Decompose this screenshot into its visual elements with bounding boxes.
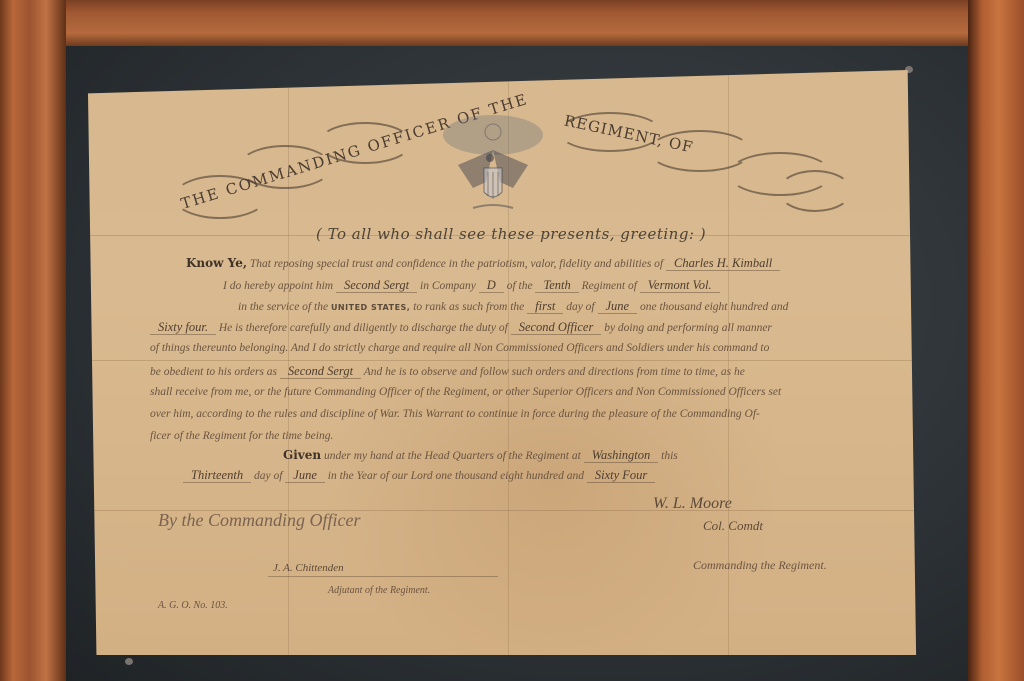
place-field: Washington [584,448,659,463]
rank-field: Second Sergt [336,278,417,293]
body-line-9: ficer of the Regiment for the time being… [150,430,333,442]
frame-inner-lip [30,14,990,46]
form-number: A. G. O. No. 103. [158,600,228,611]
adjutant-label: Adjutant of the Regiment. [328,585,430,596]
adjutant-signature: J. A. Chittenden [273,562,344,574]
warrant-document: THE COMMANDING OFFICER OF THE REGIMENT, … [88,70,933,655]
tack-icon [125,658,133,665]
day-field: first [527,299,563,314]
greeting-banner: ( To all who shall see these presents, g… [316,225,706,243]
given-month-field: June [285,468,325,483]
frame-left-rail [0,0,66,681]
frame-right-rail [968,0,1024,681]
body-line-8: over him, according to the rules and dis… [150,408,760,420]
company-field: D [479,278,504,293]
given-year-field: Sixty Four [587,468,655,483]
body-line-7: shall receive from me, or the future Com… [150,386,781,398]
body-line-6: be obedient to his orders as Second Serg… [150,364,745,379]
colonel-signature: W. L. Moore [653,495,732,513]
office-field: Second Officer [511,320,602,335]
body-line-1: Know Ye, That reposing special trust and… [186,256,780,271]
regiment-number-field: Tenth [535,278,578,293]
rank-field-2: Second Sergt [280,364,361,379]
month-field: June [598,299,638,314]
by-order-text: By the Commanding Officer [158,510,360,531]
date-line: Thirteenth day of June in the Year of ou… [183,468,655,483]
colonel-title-handwritten: Col. Comdt [703,518,763,534]
state-field: Vermont Vol. [640,278,720,293]
body-line-3: in the service of the UNITED STATES, to … [238,299,788,314]
given-line: Given under my hand at the Head Quarters… [283,448,678,463]
body-line-4: Sixty four. He is therefore carefully an… [150,320,772,335]
body-line-2: I do hereby appoint him Second Sergt in … [223,278,720,293]
recipient-name: Charles H. Kimball [666,256,780,271]
body-line-5: of things thereunto belonging. And I do … [150,342,769,354]
year-field: Sixty four. [150,320,216,335]
given-day-field: Thirteenth [183,468,251,483]
commanding-label: Commanding the Regiment. [693,558,827,573]
eagle-shield-icon [438,110,548,220]
